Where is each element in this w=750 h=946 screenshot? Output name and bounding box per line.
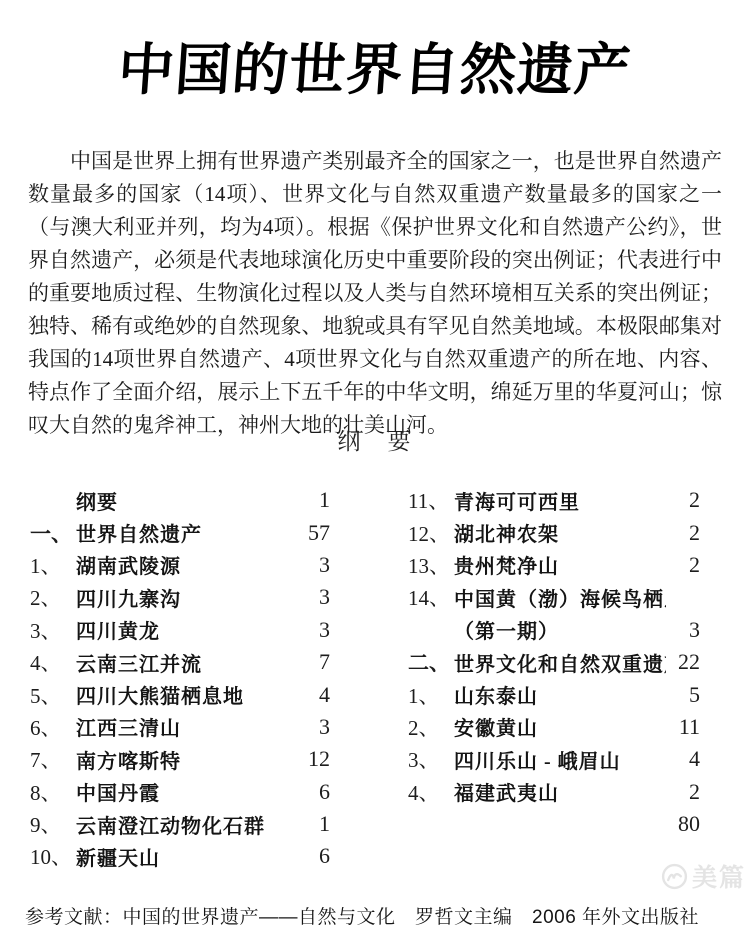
toc-row-title: 中国黄（渤）海候鸟栖息地 (454, 583, 666, 612)
toc-row-page: 1 (296, 487, 330, 513)
toc-row-number: 12、 (408, 518, 454, 548)
toc-row: 7、 南方喀斯特 12 (30, 743, 330, 775)
toc-row-page: 11 (666, 714, 700, 740)
toc-row: 4、 福建武夷山 2 (408, 776, 700, 808)
toc-row-title: 世界文化和自然双重遗产 (454, 648, 666, 677)
toc-row-page: 1 (296, 811, 330, 837)
toc-row: 二、 世界文化和自然双重遗产 22 (408, 646, 700, 678)
toc-row: 纲要 1 (30, 484, 330, 516)
toc-row-title: 安徽黄山 (454, 712, 666, 741)
toc-row-page: 12 (296, 746, 330, 772)
toc-row-page: 6 (296, 843, 330, 869)
toc-row: 2、 安徽黄山 11 (408, 711, 700, 743)
toc-row-title: 湖北神农架 (454, 518, 666, 547)
toc-row: 2、 四川九寨沟 3 (30, 581, 330, 613)
toc-row-page: 3 (296, 552, 330, 578)
intro-paragraph: 中国是世界上拥有世界遗产类别最齐全的国家之一，也是世界自然遗产数量最多的国家（1… (28, 145, 722, 442)
toc-row: 80 (408, 808, 700, 840)
watermark-label: 美篇 (692, 858, 746, 894)
toc-row: 12、 湖北神农架 2 (408, 516, 700, 548)
toc-row-title: 贵州梵净山 (454, 550, 666, 579)
toc-row-page: 2 (666, 779, 700, 805)
toc-row: 一、 世界自然遗产 57 (30, 516, 330, 548)
toc-row: 9、 云南澄江动物化石群 1 (30, 808, 330, 840)
document-title: 中国的世界自然遗产 (0, 26, 750, 106)
toc-row-page: 57 (296, 520, 330, 546)
toc-row: 6、 江西三清山 3 (30, 711, 330, 743)
toc-right-column: 11、 青海可可西里 2 12、 湖北神农架 2 13、 贵州梵净山 2 14、… (408, 484, 700, 840)
toc-row-page: 7 (296, 649, 330, 675)
toc-row-number: 10、 (30, 841, 76, 871)
toc-row: 8、 中国丹霞 6 (30, 776, 330, 808)
toc-row-page: 4 (666, 746, 700, 772)
toc-row-title: 四川黄龙 (76, 615, 296, 644)
toc-row-title: （第一期） (454, 615, 666, 644)
meipian-watermark: 美篇 (661, 858, 746, 894)
toc-row-title: 四川大熊猫栖息地 (76, 680, 296, 709)
toc-row-page: 80 (666, 811, 700, 837)
toc-row: 3、 四川黄龙 3 (30, 614, 330, 646)
toc-row-title: 中国丹霞 (76, 777, 296, 806)
toc-row-title: 南方喀斯特 (76, 745, 296, 774)
toc-row-page: 2 (666, 520, 700, 546)
toc-row-number: 5、 (30, 680, 76, 710)
footer-reference: 参考文献：中国的世界遗产——自然与文化 罗哲文主编 2006 年外文出版社 (25, 902, 699, 929)
toc-row-number: 13、 (408, 550, 454, 580)
toc-row-page: 6 (296, 779, 330, 805)
toc-row-number: 1、 (408, 680, 454, 710)
toc-row-page: 22 (666, 649, 700, 675)
outline-heading: 纲 要 (0, 423, 750, 456)
toc-row-page: 4 (296, 682, 330, 708)
toc-row-number: 2、 (408, 712, 454, 742)
toc-row-title: 世界自然遗产 (76, 518, 296, 547)
meipian-logo-icon (661, 863, 688, 890)
toc-row: 3、 四川乐山 - 峨眉山 4 (408, 743, 700, 775)
toc-row-number: 4、 (30, 647, 76, 677)
toc-row-title: 山东泰山 (454, 680, 666, 709)
toc-row-title: 福建武夷山 (454, 777, 666, 806)
toc-row-title: 纲要 (76, 486, 296, 515)
toc-row-number: 一、 (30, 518, 76, 548)
toc-row-title: 云南三江并流 (76, 648, 296, 677)
toc-row-number: 7、 (30, 744, 76, 774)
toc-row-number: 6、 (30, 712, 76, 742)
toc-row-number: 11、 (408, 485, 454, 515)
toc-row: 5、 四川大熊猫栖息地 4 (30, 678, 330, 710)
toc-row: 13、 贵州梵净山 2 (408, 549, 700, 581)
toc-left-column: 纲要 1 一、 世界自然遗产 57 1、 湖南武陵源 3 2、 四川九寨沟 3 … (30, 484, 330, 873)
toc-row-page: 3 (296, 584, 330, 610)
toc-row-page: 3 (296, 714, 330, 740)
toc-row-page: 3 (666, 617, 700, 643)
toc-row-number: 4、 (408, 777, 454, 807)
toc-row: 14、 中国黄（渤）海候鸟栖息地 (408, 581, 700, 613)
toc-row-number: 14、 (408, 582, 454, 612)
toc-row-title: 湖南武陵源 (76, 550, 296, 579)
toc-row-title: 青海可可西里 (454, 486, 666, 515)
toc-row-page: 2 (666, 552, 700, 578)
toc-row-number: 二、 (408, 647, 454, 677)
toc-row-number: 9、 (30, 809, 76, 839)
toc-row-number: 3、 (30, 615, 76, 645)
toc-row-title: 四川九寨沟 (76, 583, 296, 612)
toc-row: （第一期） 3 (408, 614, 700, 646)
toc-row-title: 四川乐山 - 峨眉山 (454, 745, 666, 774)
toc-row-page: 3 (296, 617, 330, 643)
toc-row: 1、 湖南武陵源 3 (30, 549, 330, 581)
toc-row-number: 3、 (408, 744, 454, 774)
toc-row-number: 1、 (30, 550, 76, 580)
toc-row-page: 5 (666, 682, 700, 708)
toc-row-number: 2、 (30, 582, 76, 612)
toc-row: 4、 云南三江并流 7 (30, 646, 330, 678)
toc-row: 10、 新疆天山 6 (30, 840, 330, 872)
toc-row-title: 云南澄江动物化石群 (76, 810, 296, 839)
toc-row-page: 2 (666, 487, 700, 513)
toc-row-title: 新疆天山 (76, 842, 296, 871)
toc-row-number: 8、 (30, 777, 76, 807)
toc-row-title: 江西三清山 (76, 712, 296, 741)
toc-row: 1、 山东泰山 5 (408, 678, 700, 710)
toc-row: 11、 青海可可西里 2 (408, 484, 700, 516)
